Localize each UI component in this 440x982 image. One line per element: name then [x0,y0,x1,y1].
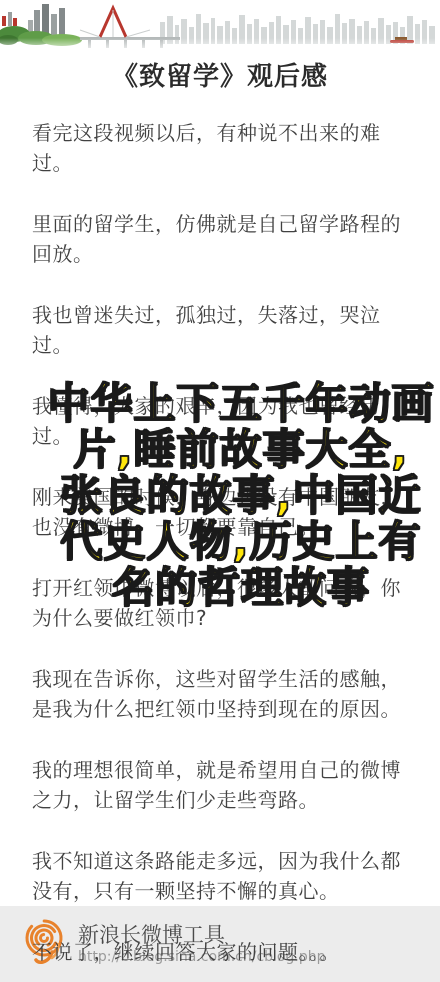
long-weibo-page: 《致留学》观后感 看完这段视频以后，有种说不出来的难过。 里面的留学生，仿佛就是… [0,0,440,982]
paragraph: 我不知道这条路能走多远，因为我什么都没有，只有一颗坚持不懈的真心。 [32,846,408,906]
paragraph: 里面的留学生，仿佛就是自己留学路程的回放。 [32,209,408,269]
paragraph: 我现在告诉你，这些对留学生活的感触，是我为什么把红领巾坚持到现在的原因。 [32,664,408,724]
paragraph: 我的理想很简单，就是希望用自己的微博之力，让留学生们少走些弯路。 [32,755,408,815]
paragraph: 刚来美国的时候，身边也没有中国朋友，也没有微博，一切都要靠自己。 [32,482,408,542]
paragraph: 我懂得，大家的艰辛，因为我也曾经历过。 [32,391,408,451]
paragraph: 我也曾迷失过，孤独过，失落过，哭泣过。 [32,300,408,360]
article-body: 看完这段视频以后，有种说不出来的难过。 里面的留学生，仿佛就是自己留学路程的回放… [0,118,440,967]
header-skyline-illustration [0,0,440,52]
paragraph: 不说了，继续回答大家的问题。。。 [32,937,408,967]
paragraph: 打开红领巾微博以后，很多人都问我，你为什么要做红领巾? [32,573,408,633]
paragraph: 看完这段视频以后，有种说不出来的难过。 [32,118,408,178]
page-title: 《致留学》观后感 [0,56,440,93]
